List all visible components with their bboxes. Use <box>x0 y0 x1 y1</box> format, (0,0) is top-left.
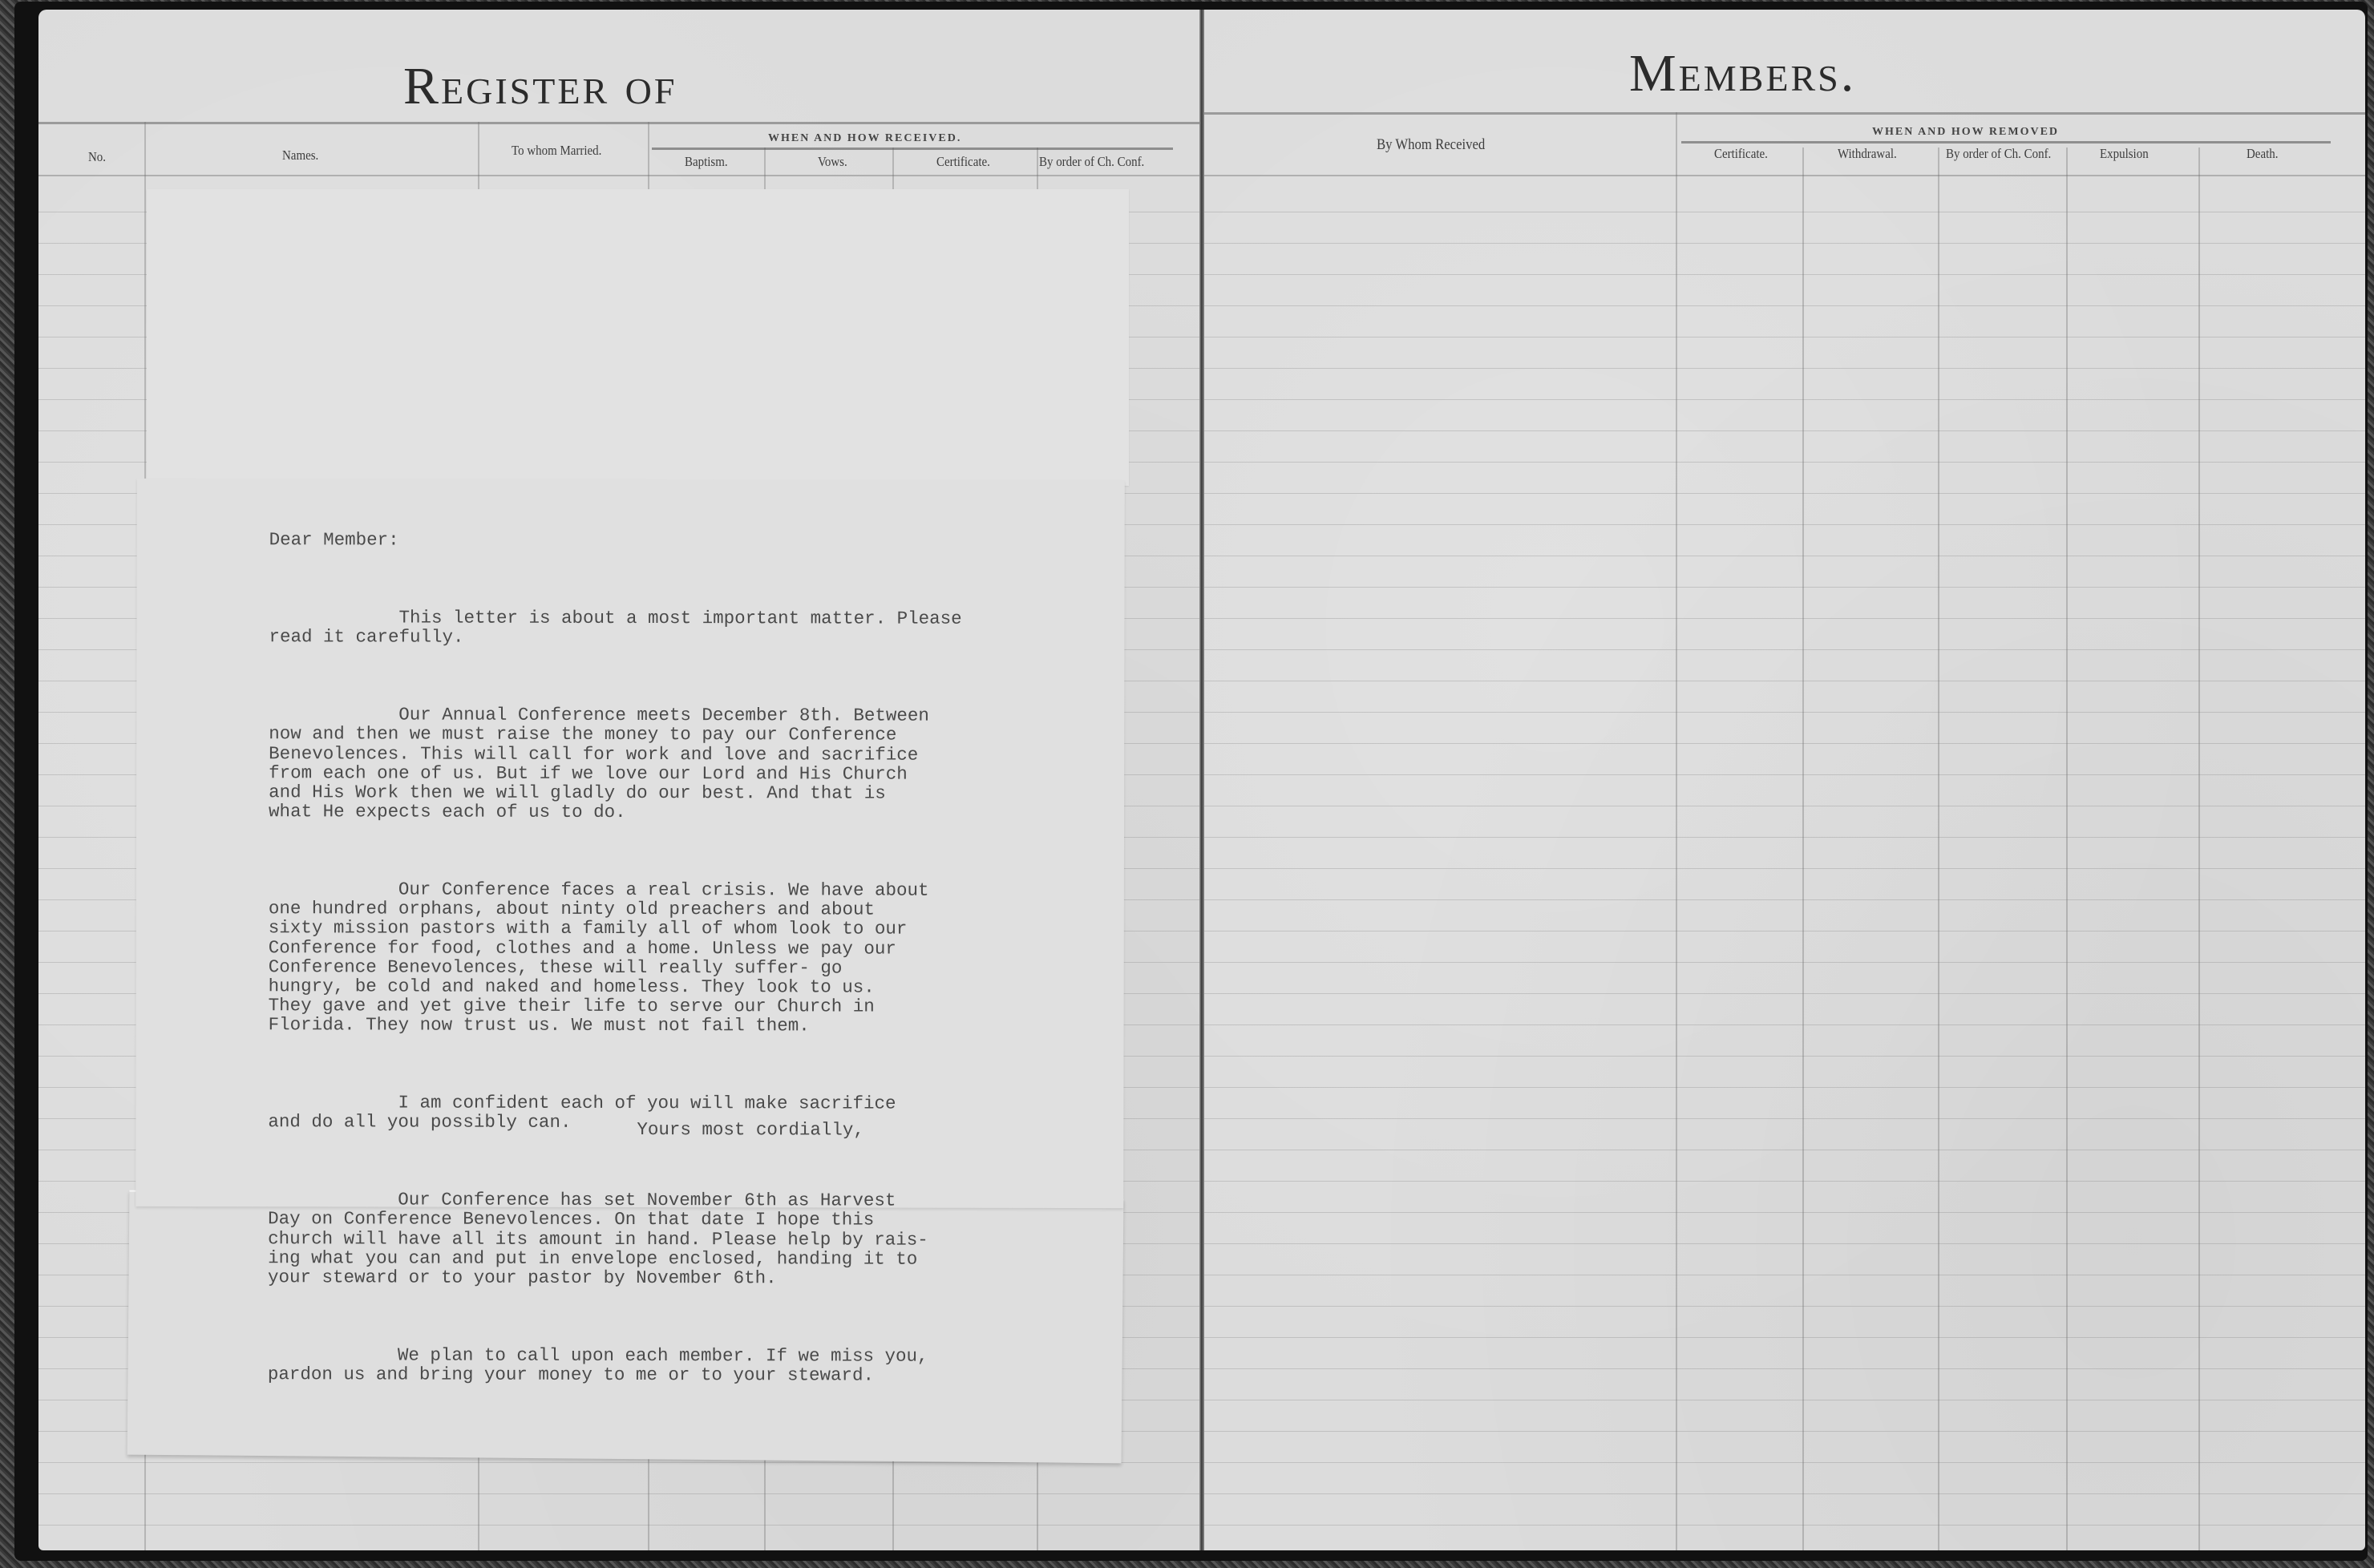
letter-salutation: Dear Member: <box>269 531 1119 552</box>
group-heading-rule <box>1681 141 2331 143</box>
column-header-certificate: Certificate. <box>1714 146 1768 162</box>
column-header-expulsion: Expulsion <box>2100 146 2149 162</box>
header-top-rule <box>38 122 1203 124</box>
letter-paragraph: Our Conference has set November 6th as H… <box>268 1190 1118 1288</box>
group-heading-rule <box>652 148 1173 150</box>
header-bottom-rule <box>38 175 1203 176</box>
column-header-by-order: By order of Ch. Conf. <box>1946 146 2051 162</box>
letter-paragraph: Our Conference faces a real crisis. We h… <box>269 879 1118 1036</box>
letter-paragraph: We plan to call upon each member. If we … <box>268 1345 1118 1385</box>
column-header-withdrawal: Withdrawal. <box>1838 146 1897 162</box>
column-header-vows: Vows. <box>818 154 847 170</box>
letter-paragraph: Our Annual Conference meets December 8th… <box>269 705 1118 822</box>
column-header-names: Names. <box>282 148 318 164</box>
column-header-no: No. <box>88 149 106 165</box>
letter-upper-fold <box>147 189 1129 486</box>
letter-paragraph: This letter is about a most important ma… <box>269 608 1118 648</box>
book-spine <box>1199 10 1204 1550</box>
letter-closing: Yours most cordially, <box>637 1119 864 1140</box>
right-page: Members. By Whom Received WHEN AND HOW R… <box>1204 10 2365 1550</box>
column-header-by-whom-received: By Whom Received <box>1377 136 1485 154</box>
left-page-title: Register of <box>403 56 677 117</box>
column-header-baptism: Baptism. <box>685 154 728 170</box>
column-header-certificate: Certificate. <box>936 154 990 170</box>
right-page-title: Members. <box>1629 43 1856 104</box>
letter-body: Dear Member: This letter is about a most… <box>268 491 1119 1444</box>
header-top-rule <box>1204 112 2365 115</box>
column-header-to-whom-married: To whom Married. <box>512 143 601 159</box>
group-heading-removed: WHEN AND HOW REMOVED <box>1872 126 2059 139</box>
column-header-by-order: By order of Ch. Conf. <box>1039 154 1144 170</box>
group-heading-received: WHEN AND HOW RECEIVED. <box>768 132 961 145</box>
header-bottom-rule <box>1204 175 2365 176</box>
typed-letter: Dear Member: This letter is about a most… <box>135 479 1125 1208</box>
ruled-rows <box>1204 181 2365 1550</box>
column-header-death: Death. <box>2247 146 2278 162</box>
